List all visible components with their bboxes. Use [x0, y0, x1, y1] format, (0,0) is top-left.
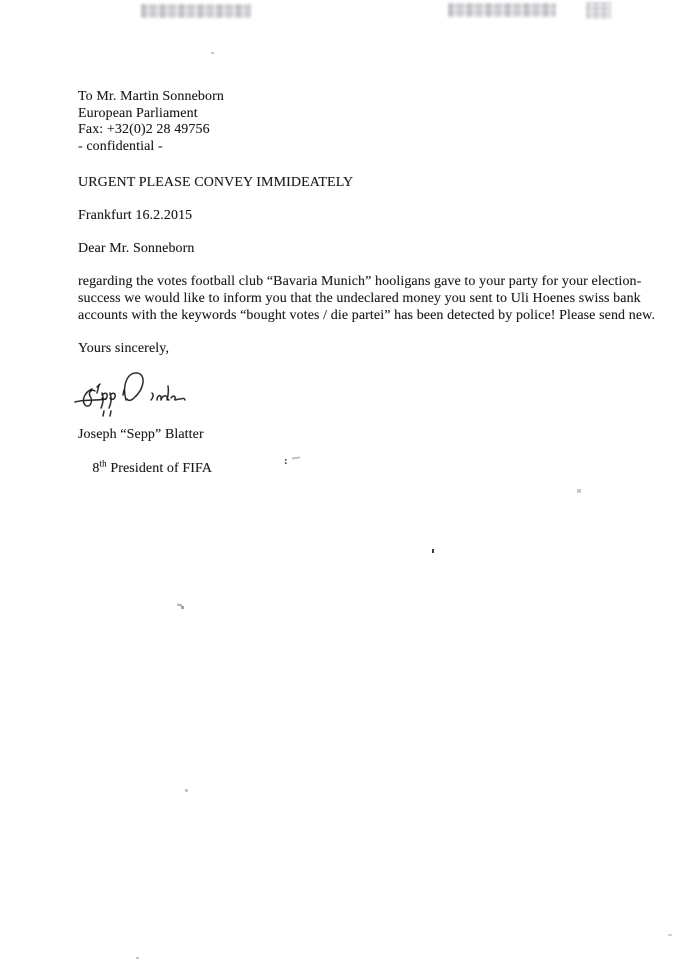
salutation: Dear Mr. Sonneborn — [78, 241, 195, 258]
fax-header-smudge-corner — [586, 2, 611, 19]
signer-title-ordinal: th — [100, 458, 107, 468]
body-paragraph: regarding the votes football club “Bavar… — [78, 274, 655, 324]
closing: Yours sincerely, — [78, 341, 169, 358]
signature-scrawl — [72, 366, 190, 418]
scan-speck — [432, 549, 434, 553]
scan-speck — [211, 52, 214, 54]
urgent-line: URGENT PLEASE CONVEY IMMIDEATELY — [78, 175, 353, 192]
recipient-block: To Mr. Martin Sonneborn European Parliam… — [78, 89, 224, 155]
signer-name: Joseph “Sepp” Blatter — [78, 427, 204, 444]
scan-speck — [668, 934, 672, 936]
signer-title-number: 8 — [92, 461, 99, 476]
signer-title-rest: President of FIFA — [107, 461, 212, 476]
scan-speck — [136, 957, 139, 959]
signer-title: 8th President of FIFA — [78, 444, 212, 494]
scan-speck — [181, 606, 184, 609]
body-line: accounts with the keywords “bought votes… — [78, 308, 655, 325]
body-line: success we would like to inform you that… — [78, 291, 655, 308]
scan-speck — [577, 489, 581, 493]
signature-image — [72, 366, 190, 423]
fax-header-smudge-left — [141, 4, 251, 18]
scan-dash-mark — [292, 456, 300, 459]
recipient-line: - confidential - — [78, 139, 224, 156]
recipient-line: European Parliament — [78, 106, 224, 123]
dateline: Frankfurt 16.2.2015 — [78, 208, 192, 225]
body-line: regarding the votes football club “Bavar… — [78, 274, 655, 291]
scan-colon-mark: : — [284, 455, 288, 467]
scan-speck — [185, 789, 188, 792]
fax-header-smudge-right — [448, 3, 556, 17]
letter-page: To Mr. Martin Sonneborn European Parliam… — [0, 0, 695, 968]
recipient-line: To Mr. Martin Sonneborn — [78, 89, 224, 106]
recipient-line: Fax: +32(0)2 28 49756 — [78, 122, 224, 139]
